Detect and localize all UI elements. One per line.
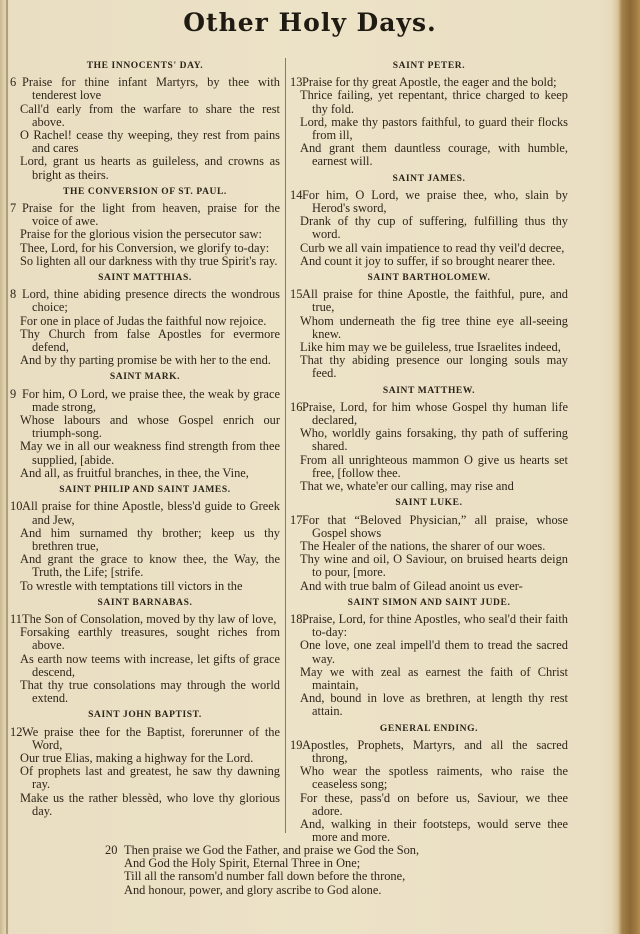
stanza-line: Thee, Lord, for his Conversion, we glori… xyxy=(10,242,280,255)
stanza-line: 19Apostles, Prophets, Martyrs, and all t… xyxy=(290,739,568,765)
stanza: 15All praise for thine Apostle, the fait… xyxy=(290,288,568,380)
stanza: 8Lord, thine abiding presence directs th… xyxy=(10,288,280,367)
stanza-line: And all, as fruitful branches, in thee, … xyxy=(10,467,280,480)
stanza-line: To wrestle with temptations till victors… xyxy=(10,580,280,593)
section-heading: SAINT BARNABAS. xyxy=(10,597,280,610)
stanza-line: 10All praise for thine Apostle, bless'd … xyxy=(10,500,280,526)
section-heading: SAINT BARTHOLOMEW. xyxy=(290,272,568,285)
stanza-line: May we in all our weakness find strength… xyxy=(10,440,280,466)
stanza: 18Praise, Lord, for thine Apostles, who … xyxy=(290,613,568,719)
stanza-line: 9For him, O Lord, we praise thee, the we… xyxy=(10,388,280,414)
stanza-line: Who wear the spotless raiments, who rais… xyxy=(290,765,568,791)
section-heading: SAINT JOHN BAPTIST. xyxy=(10,709,280,722)
stanza-line: And grant the grace to know thee, the Wa… xyxy=(10,553,280,579)
final-stanza: 20Then praise we God the Father, and pra… xyxy=(105,844,505,897)
stanza-number: 6 xyxy=(10,76,22,89)
stanza: 7Praise for the light from heaven, prais… xyxy=(10,202,280,268)
stanza: 11The Son of Consolation, moved by thy l… xyxy=(10,613,280,705)
section-heading: SAINT LUKE. xyxy=(290,497,568,510)
stanza: 12We praise thee for the Baptist, foreru… xyxy=(10,726,280,818)
section-heading: SAINT MATTHEW. xyxy=(290,385,568,398)
stanza-line: Who, worldly gains forsaking, thy path o… xyxy=(290,427,568,453)
stanza-line: As earth now teems with increase, let gi… xyxy=(10,653,280,679)
stanza-line: That thy abiding presence our longing so… xyxy=(290,354,568,380)
stanza-line: Thy Church from false Apostles for everm… xyxy=(10,328,280,354)
stanza-line: That thy true consolations may through t… xyxy=(10,679,280,705)
section-heading: SAINT PETER. xyxy=(290,60,568,73)
left-column: THE INNOCENTS' DAY.6Praise for thine inf… xyxy=(10,58,280,822)
stanza-line: That we, whate'er our calling, may rise … xyxy=(290,480,568,493)
stanza-number: 16 xyxy=(290,401,302,414)
stanza: 10All praise for thine Apostle, bless'd … xyxy=(10,500,280,592)
stanza: 13Praise for thy great Apostle, the eage… xyxy=(290,76,568,168)
stanza-line: And by thy parting promise be with her t… xyxy=(10,354,280,367)
stanza-line: Thrice failing, yet repentant, thrice ch… xyxy=(290,89,568,115)
stanza-line: Thy wine and oil, O Saviour, on bruised … xyxy=(290,553,568,579)
section-heading: THE INNOCENTS' DAY. xyxy=(10,60,280,73)
stanza-line: 12We praise thee for the Baptist, foreru… xyxy=(10,726,280,752)
stanza-line: For one in place of Judas the faithful n… xyxy=(10,315,280,328)
stanza-line: Call'd early from the warfare to share t… xyxy=(10,103,280,129)
section-heading: GENERAL ENDING. xyxy=(290,723,568,736)
stanza-line: For these, pass'd on before us, Saviour,… xyxy=(290,792,568,818)
stanza-number: 15 xyxy=(290,288,302,301)
stanza-line: And grant them dauntless courage, with h… xyxy=(290,142,568,168)
stanza-number: 10 xyxy=(10,500,22,513)
stanza-line: 8Lord, thine abiding presence directs th… xyxy=(10,288,280,314)
stanza-line: And count it joy to suffer, if so brough… xyxy=(290,255,568,268)
stanza-line: 7Praise for the light from heaven, prais… xyxy=(10,202,280,228)
stanza-line: Of prophets last and greatest, he saw th… xyxy=(10,765,280,791)
section-heading: THE CONVERSION OF ST. PAUL. xyxy=(10,186,280,199)
stanza-number: 7 xyxy=(10,202,22,215)
stanza-number: 20 xyxy=(105,844,124,857)
stanza-line: 17For that “Beloved Physician,” all prai… xyxy=(290,514,568,540)
stanza: 16Praise, Lord, for him whose Gospel thy… xyxy=(290,401,568,493)
stanza-line: Whose labours and whose Gospel enrich ou… xyxy=(10,414,280,440)
stanza-line: And, walking in their footsteps, would s… xyxy=(290,818,568,844)
section-heading: SAINT MATTHIAS. xyxy=(10,272,280,285)
final-stanza-line: Till all the ransom'd number fall down b… xyxy=(105,870,505,883)
stanza-line: 6Praise for thine infant Martyrs, by the… xyxy=(10,76,280,102)
stanza-line: 15All praise for thine Apostle, the fait… xyxy=(290,288,568,314)
stanza-line: May we with zeal as earnest the faith of… xyxy=(290,666,568,692)
stanza-number: 17 xyxy=(290,514,302,527)
final-stanza-line: And honour, power, and glory ascribe to … xyxy=(105,884,505,897)
stanza-number: 14 xyxy=(290,189,302,202)
stanza-line: So lighten all our darkness with thy tru… xyxy=(10,255,280,268)
stanza-line: One love, one zeal impell'd them to trea… xyxy=(290,639,568,665)
stanza: 19Apostles, Prophets, Martyrs, and all t… xyxy=(290,739,568,845)
stanza-number: 18 xyxy=(290,613,302,626)
stanza-line: And him surnamed thy brother; keep us th… xyxy=(10,527,280,553)
stanza-line: 16Praise, Lord, for him whose Gospel thy… xyxy=(290,401,568,427)
stanza-line: Lord, grant us hearts as guileless, and … xyxy=(10,155,280,181)
right-column: SAINT PETER.13Praise for thy great Apost… xyxy=(290,58,568,848)
section-heading: SAINT JAMES. xyxy=(290,173,568,186)
stanza-line: Drank of thy cup of suffering, fulfillin… xyxy=(290,215,568,241)
stanza: 17For that “Beloved Physician,” all prai… xyxy=(290,514,568,593)
stanza-line: Praise for the glorious vision the perse… xyxy=(10,228,280,241)
stanza: 6Praise for thine infant Martyrs, by the… xyxy=(10,76,280,182)
stanza-line: O Rachel! cease thy weeping, they rest f… xyxy=(10,129,280,155)
stanza-line: And with true balm of Gilead anoint us e… xyxy=(290,580,568,593)
section-heading: SAINT SIMON AND SAINT JUDE. xyxy=(290,597,568,610)
section-heading: SAINT PHILIP AND SAINT JAMES. xyxy=(10,484,280,497)
stanza-number: 19 xyxy=(290,739,302,752)
stanza-line: 18Praise, Lord, for thine Apostles, who … xyxy=(290,613,568,639)
section-heading: SAINT MARK. xyxy=(10,371,280,384)
stanza: 9For him, O Lord, we praise thee, the we… xyxy=(10,388,280,480)
stanza-line: From all unrighteous mammon O give us he… xyxy=(290,454,568,480)
stanza-line: Whom underneath the fig tree thine eye a… xyxy=(290,315,568,341)
stanza-line: Forsaking earthly treasures, sought rich… xyxy=(10,626,280,652)
stanza-line: 14For him, O Lord, we praise thee, who, … xyxy=(290,189,568,215)
stanza-line: Make us the rather blessèd, who love thy… xyxy=(10,792,280,818)
page-edge-rule xyxy=(6,0,8,934)
stanza-number: 8 xyxy=(10,288,22,301)
stanza-line: And, bound in love as brethren, at lengt… xyxy=(290,692,568,718)
stanza: 14For him, O Lord, we praise thee, who, … xyxy=(290,189,568,268)
page-title: Other Holy Days. xyxy=(0,8,620,37)
stanza-line: Lord, make thy pastors faithful, to guar… xyxy=(290,116,568,142)
stanza-number: 12 xyxy=(10,726,22,739)
column-divider xyxy=(285,58,286,833)
stanza-number: 9 xyxy=(10,388,22,401)
stanza-line: Curb we all vain impatience to read thy … xyxy=(290,242,568,255)
